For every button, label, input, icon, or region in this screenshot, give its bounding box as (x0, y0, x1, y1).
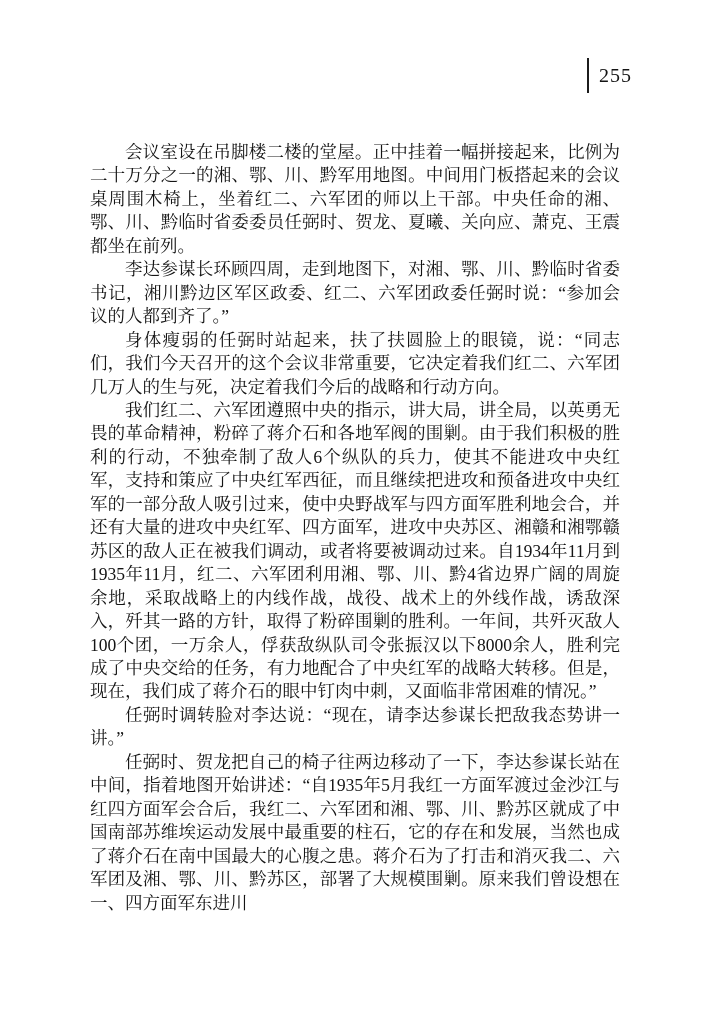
body-text: 会议室设在吊脚楼二楼的堂屋。正中挂着一幅拼接起来，比例为二十万分之一的湘、鄂、川… (90, 141, 620, 915)
paragraph-4: 我们红二、六军团遵照中央的指示，讲大局，讲全局，以英勇无畏的革命精神，粉碎了蒋介… (90, 399, 620, 704)
page-number: 255 (599, 66, 632, 86)
page-number-rule (587, 58, 589, 93)
paragraph-2: 李达参谋长环顾四周，走到地图下，对湘、鄂、川、黔临时省委书记，湘川黔边区军区政委… (90, 258, 620, 328)
paragraph-1: 会议室设在吊脚楼二楼的堂屋。正中挂着一幅拼接起来，比例为二十万分之一的湘、鄂、川… (90, 141, 620, 258)
paragraph-6: 任弼时、贺龙把自己的椅子往两边移动了一下，李达参谋长站在中间，指着地图开始讲述：… (90, 751, 620, 915)
page-number-block: 255 (587, 58, 632, 93)
paragraph-3: 身体瘦弱的任弼时站起来，扶了扶圆脸上的眼镜，说：“同志们，我们今天召开的这个会议… (90, 329, 620, 399)
book-page: 255 会议室设在吊脚楼二楼的堂屋。正中挂着一幅拼接起来，比例为二十万分之一的湘… (0, 0, 715, 1010)
paragraph-5: 任弼时调转脸对李达说：“现在，请李达参谋长把敌我态势讲一讲。” (90, 704, 620, 751)
